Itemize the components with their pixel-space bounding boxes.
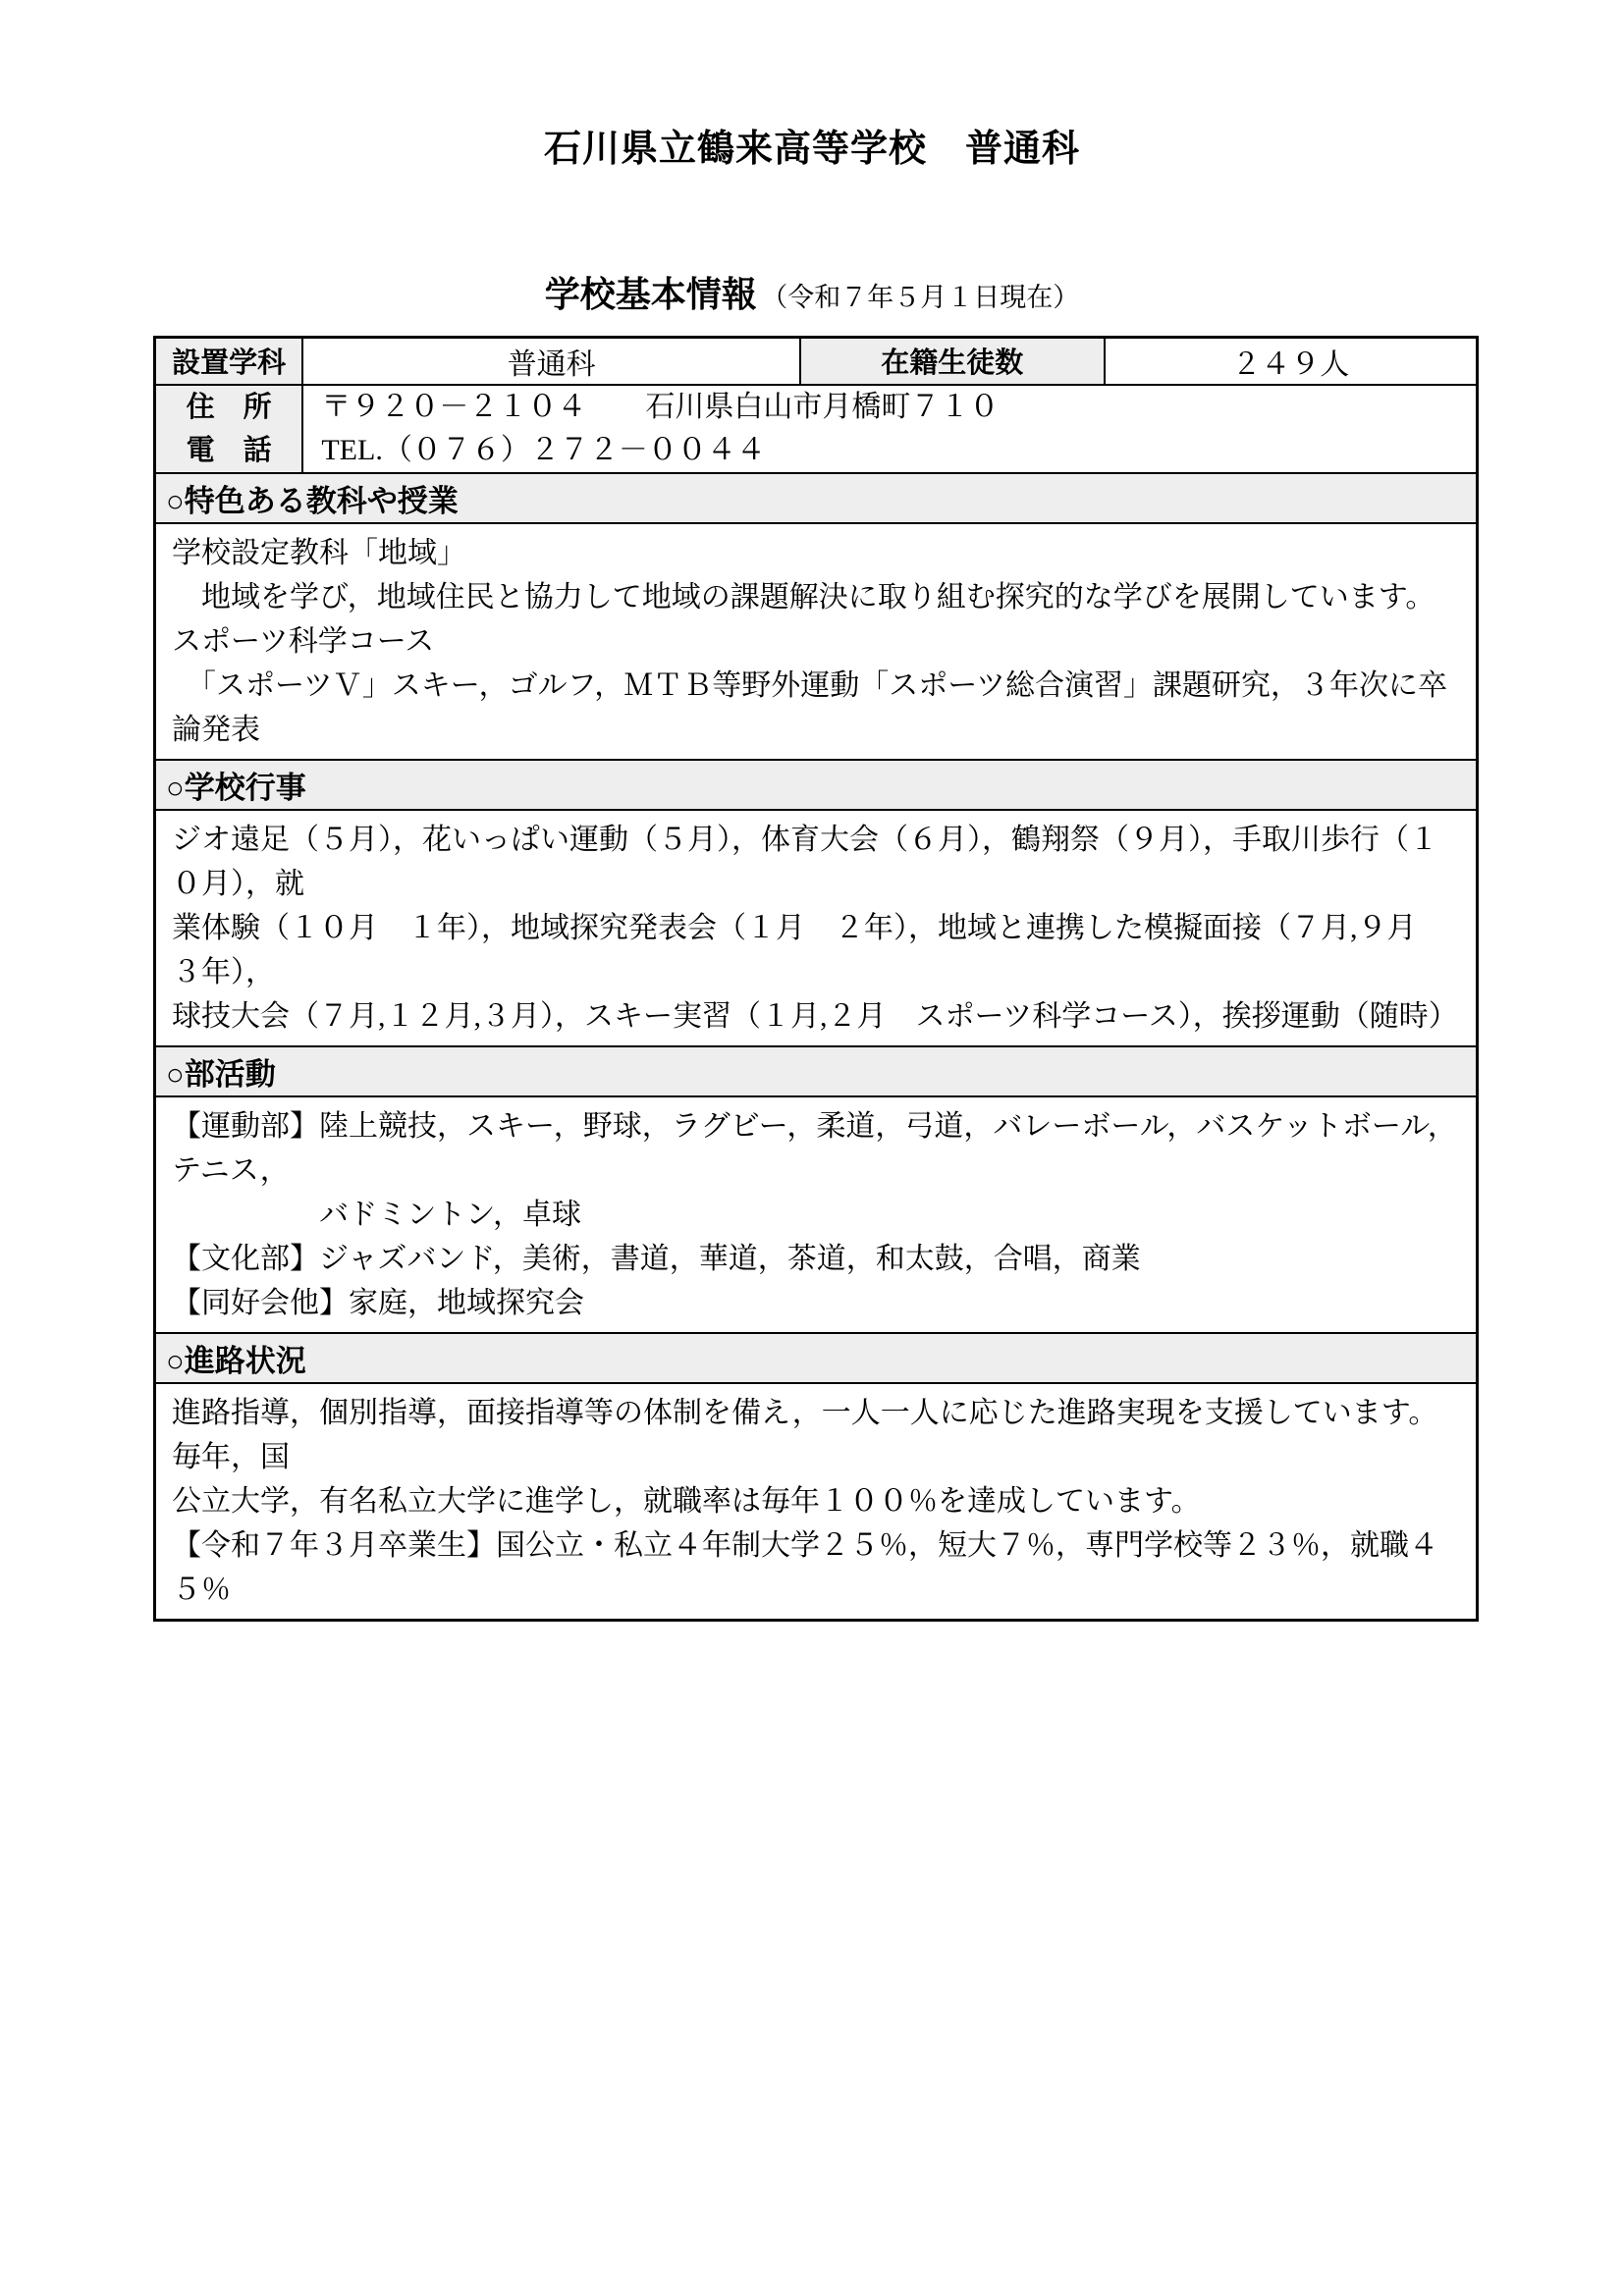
enrollment-label-cell: 在籍生徒数 xyxy=(800,338,1105,385)
school-info-table: 設置学科 普通科 在籍生徒数 ２４９人 住 所 電 話 〒９２０－２１０４ 石川… xyxy=(153,336,1479,1622)
body-line: 学校設定教科「地域」 xyxy=(172,531,1464,575)
body-line: 業体験（１０月 １年），地域探究発表会（１月 ２年），地域と連携した模擬面接（７… xyxy=(172,906,1464,994)
document-page: 石川県立鶴来高等学校 普通科 学校基本情報 （令和７年５月１日現在） 設置学科 … xyxy=(0,0,1624,2296)
section-header-events: ○学校行事 xyxy=(155,760,1478,810)
section-heading: ○進路状況 xyxy=(155,1333,1478,1383)
enrollment-value-cell: ２４９人 xyxy=(1105,338,1478,385)
body-line: 【運動部】陸上競技，スキー，野球，ラグビー，柔道，弓道，バレーボール，バスケット… xyxy=(172,1104,1464,1193)
section-header-curriculum: ○特色ある教科や授業 xyxy=(155,473,1478,523)
section-heading: ○特色ある教科や授業 xyxy=(155,473,1478,523)
section-body-career: 進路指導，個別指導，面接指導等の体制を備え，一人一人に応じた進路実現を支援してい… xyxy=(155,1383,1478,1621)
section-header-clubs: ○部活動 xyxy=(155,1046,1478,1096)
page-title: 石川県立鶴来高等学校 普通科 xyxy=(0,118,1624,172)
body-line: 地域を学び，地域住民と協力して地域の課題解決に取り組む探究的な学びを展開していま… xyxy=(172,575,1464,619)
section-content-cell: 進路指導，個別指導，面接指導等の体制を備え，一人一人に応じた進路実現を支援してい… xyxy=(155,1383,1478,1621)
dept-value-cell: 普通科 xyxy=(302,338,799,385)
section-body-events: ジオ遠足（５月），花いっぱい運動（５月），体育大会（６月），鶴翔祭（９月），手取… xyxy=(155,810,1478,1046)
section-content-cell: 【運動部】陸上競技，スキー，野球，ラグビー，柔道，弓道，バレーボール，バスケット… xyxy=(155,1096,1478,1333)
subtitle-date-note: （令和７年５月１日現在） xyxy=(761,283,1079,312)
section-body-curriculum: 学校設定教科「地域」 地域を学び，地域住民と協力して地域の課題解決に取り組む探究… xyxy=(155,523,1478,760)
section-header-career: ○進路状況 xyxy=(155,1333,1478,1383)
body-line: ジオ遠足（５月），花いっぱい運動（５月），体育大会（６月），鶴翔祭（９月），手取… xyxy=(172,818,1464,906)
dept-label-cell: 設置学科 xyxy=(155,338,303,385)
doc-subtitle: 学校基本情報 （令和７年５月１日現在） xyxy=(0,267,1624,317)
body-line: 【文化部】ジャズバンド，美術，書道，華道，茶道，和太鼓，合唱，商業 xyxy=(172,1237,1464,1281)
body-line: 【令和７年３月卒業生】国公立・私立４年制大学２５％，短大７％，専門学校等２３％，… xyxy=(172,1523,1464,1612)
contact-label-cell: 住 所 電 話 xyxy=(155,385,303,473)
address-label: 住 所 xyxy=(156,386,301,429)
address-value: 〒９２０－２１０４ 石川県白山市月橋町７１０ xyxy=(303,386,1476,429)
section-content-cell: ジオ遠足（５月），花いっぱい運動（５月），体育大会（６月），鶴翔祭（９月），手取… xyxy=(155,810,1478,1046)
phone-value: TEL.（０７６）２７２－００４４ xyxy=(303,429,1476,472)
body-line: 球技大会（７月,１２月,３月），スキー実習（１月,２月 スポーツ科学コース），挨… xyxy=(172,994,1464,1039)
phone-label: 電 話 xyxy=(156,429,301,472)
section-content-cell: 学校設定教科「地域」 地域を学び，地域住民と協力して地域の課題解決に取り組む探究… xyxy=(155,523,1478,760)
body-line: バドミントン，卓球 xyxy=(172,1193,1464,1237)
body-line: 進路指導，個別指導，面接指導等の体制を備え，一人一人に応じた進路実現を支援してい… xyxy=(172,1391,1464,1479)
section-heading: ○部活動 xyxy=(155,1046,1478,1096)
table-row-departments: 設置学科 普通科 在籍生徒数 ２４９人 xyxy=(155,338,1478,385)
body-line: 【同好会他】家庭，地域探究会 xyxy=(172,1281,1464,1325)
body-line: 「スポーツＶ」スキー，ゴルフ，ＭＴＢ等野外運動「スポーツ総合演習」課題研究，３年… xyxy=(172,664,1464,752)
section-heading: ○学校行事 xyxy=(155,760,1478,810)
section-body-clubs: 【運動部】陸上競技，スキー，野球，ラグビー，柔道，弓道，バレーボール，バスケット… xyxy=(155,1096,1478,1333)
subtitle-text: 学校基本情報 xyxy=(545,274,757,314)
table-row-contact: 住 所 電 話 〒９２０－２１０４ 石川県白山市月橋町７１０ TEL.（０７６）… xyxy=(155,385,1478,473)
body-line: スポーツ科学コース xyxy=(172,619,1464,664)
body-line: 公立大学，有名私立大学に進学し，就職率は毎年１００％を達成しています。 xyxy=(172,1479,1464,1523)
contact-value-cell: 〒９２０－２１０４ 石川県白山市月橋町７１０ TEL.（０７６）２７２－００４４ xyxy=(302,385,1477,473)
